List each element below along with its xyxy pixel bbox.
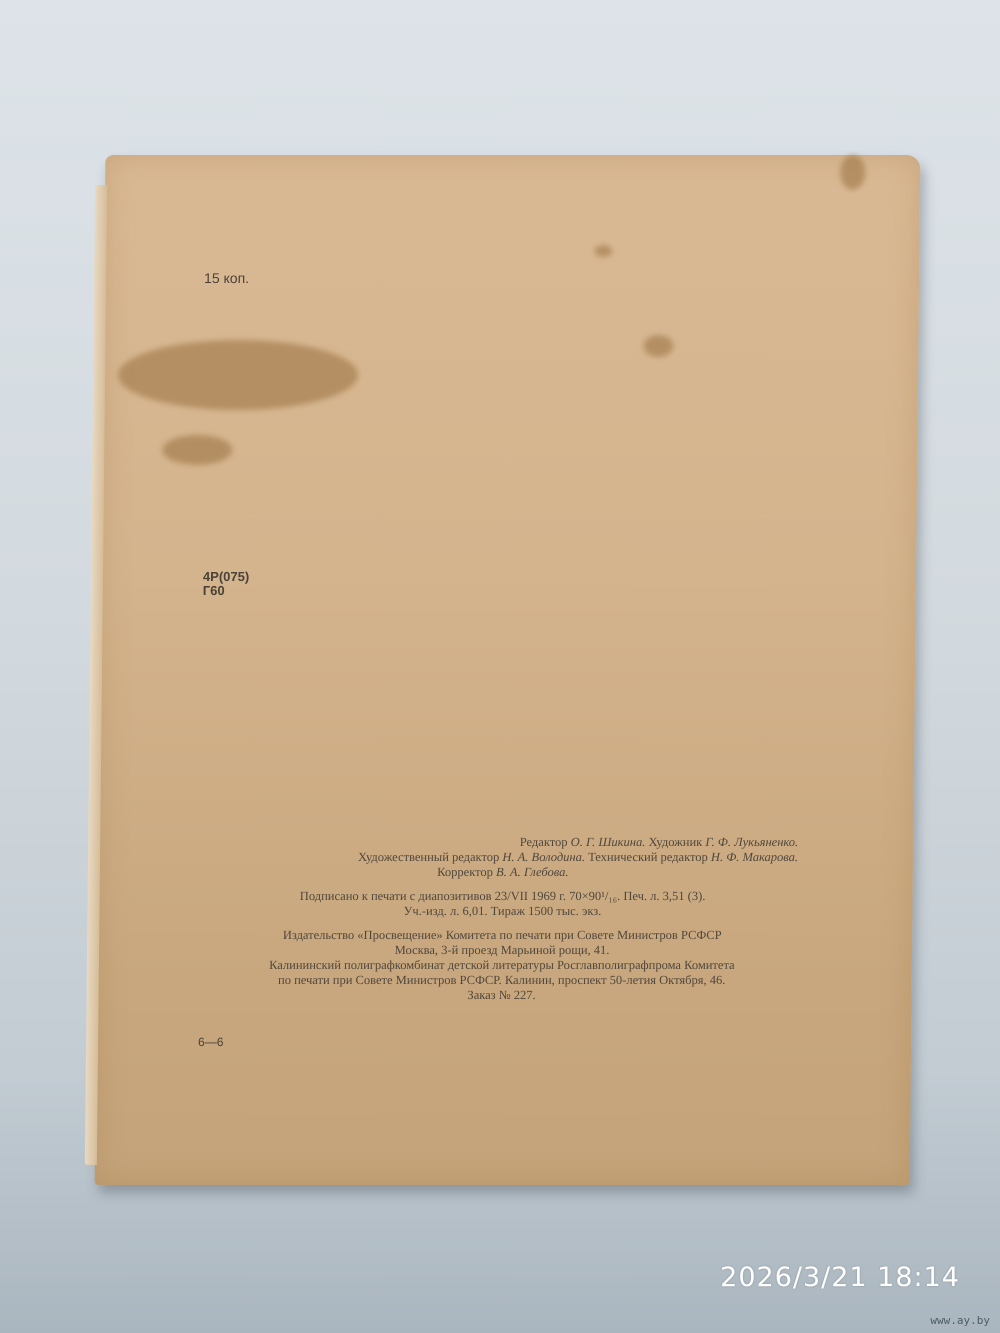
site-watermark: www.ay.by	[930, 1314, 990, 1327]
stain	[643, 335, 673, 357]
credit-line: Художественный редактор Н. А. Володина. …	[208, 850, 798, 865]
classification-line: 4Р(075)	[203, 570, 249, 584]
imprint-block: Редактор О. Г. Шикина. Художник Г. Ф. Лу…	[207, 835, 799, 1003]
stain	[118, 340, 359, 410]
credit-line: Корректор В. А. Глебова.	[208, 865, 798, 880]
photo-timestamp: 2026/3/21 18:14	[720, 1262, 960, 1293]
credit-line: Редактор О. Г. Шикина. Художник Г. Ф. Лу…	[208, 835, 798, 850]
stain	[840, 155, 865, 190]
print-info: Подписано к печати с диапозитивов 23/VII…	[207, 889, 797, 919]
stain	[162, 435, 232, 465]
price-label: 15 коп.	[204, 270, 249, 286]
book-back-cover: 15 коп. 4Р(075) Г60 Редактор О. Г. Шикин…	[95, 155, 921, 1185]
publisher-info: Издательство «Просвещение» Комитета по п…	[207, 928, 798, 1003]
signature-mark: 6—6	[198, 1035, 224, 1049]
classification-line: Г60	[203, 584, 249, 598]
stain	[594, 245, 612, 257]
classification-code: 4Р(075) Г60	[203, 570, 250, 598]
credits: Редактор О. Г. Шикина. Художник Г. Ф. Лу…	[208, 835, 798, 880]
